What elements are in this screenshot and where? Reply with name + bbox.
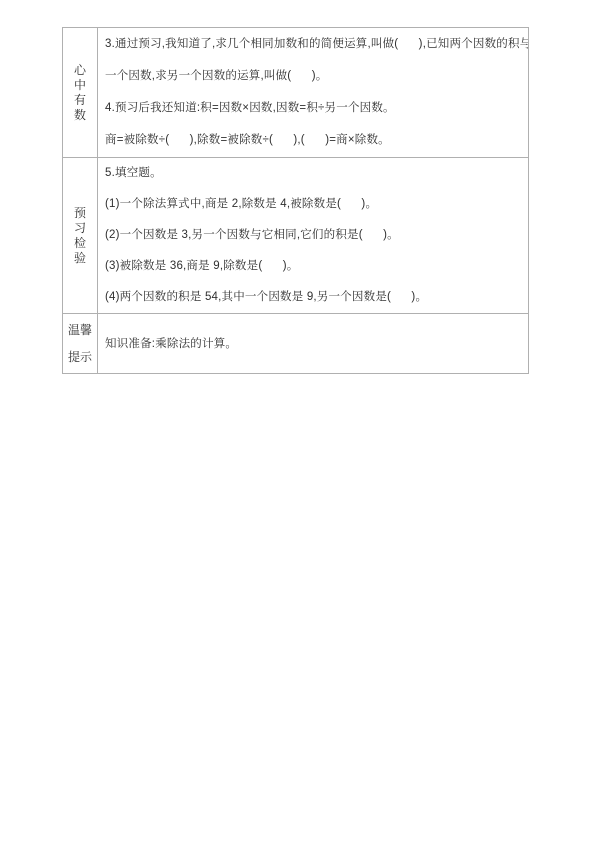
table-row-wenxintishi: 温馨提示 知识准备:乘除法的计算。 bbox=[63, 313, 528, 373]
worksheet-page: { "colors": { "page_background": "#fffff… bbox=[0, 0, 596, 842]
row-label: 心中有数 bbox=[74, 63, 86, 123]
content-line: (2)一个因数是 3,另一个因数与它相同,它们的积是( )。 bbox=[98, 220, 528, 251]
content-line: 4.预习后我还知道:积=因数×因数,因数=积÷另一个因数。 bbox=[98, 92, 528, 124]
content-line: 知识准备:乘除法的计算。 bbox=[98, 337, 239, 351]
row-label: 温馨提示 bbox=[68, 317, 92, 371]
content-line: 商=被除数÷( ),除数=被除数÷( ),( )=商×除数。 bbox=[98, 124, 528, 156]
content-line: (3)被除数是 36,商是 9,除数是( )。 bbox=[98, 251, 528, 282]
content-line: (1)一个除法算式中,商是 2,除数是 4,被除数是( )。 bbox=[98, 189, 528, 220]
content-line: 3.通过预习,我知道了,求几个相同加数和的简便运算,叫做( ),已知两个因数的积… bbox=[98, 28, 528, 60]
content-line: 一个因数,求另一个因数的运算,叫做( )。 bbox=[98, 60, 528, 92]
content-line: 5.填空题。 bbox=[98, 158, 528, 189]
table-row-yuxijianyan: 预习检验 5.填空题。 (1)一个除法算式中,商是 2,除数是 4,被除数是( … bbox=[63, 157, 528, 313]
row-label: 预习检验 bbox=[74, 206, 86, 266]
worksheet-table: 心中有数 3.通过预习,我知道了,求几个相同加数和的简便运算,叫做( ),已知两… bbox=[62, 27, 529, 374]
row-content: 3.通过预习,我知道了,求几个相同加数和的简便运算,叫做( ),已知两个因数的积… bbox=[98, 28, 528, 157]
row-content: 知识准备:乘除法的计算。 bbox=[98, 314, 528, 373]
content-line: (4)两个因数的积是 54,其中一个因数是 9,另一个因数是( )。 bbox=[98, 282, 528, 313]
row-label-cell: 温馨提示 bbox=[63, 314, 98, 373]
table-row-xinzhongyoushu: 心中有数 3.通过预习,我知道了,求几个相同加数和的简便运算,叫做( ),已知两… bbox=[63, 28, 528, 157]
row-label-cell: 预习检验 bbox=[63, 158, 98, 313]
row-label-cell: 心中有数 bbox=[63, 28, 98, 157]
row-content: 5.填空题。 (1)一个除法算式中,商是 2,除数是 4,被除数是( )。 (2… bbox=[98, 158, 528, 313]
